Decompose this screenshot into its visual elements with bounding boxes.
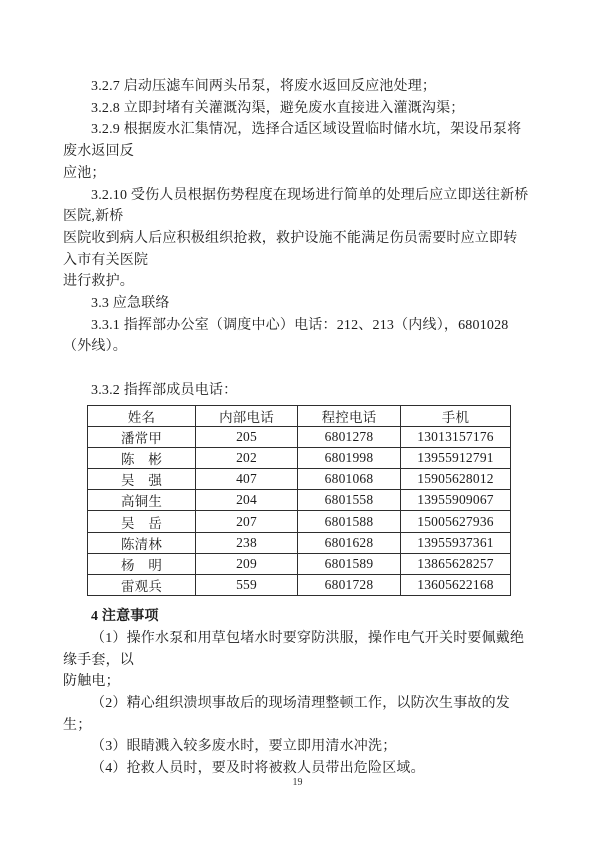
cell-switch: 6801278 (298, 426, 401, 447)
cell-internal: 407 (196, 469, 298, 490)
cell-switch: 6801998 (298, 447, 401, 468)
notice-item-3: （3）眼睛溅入较多废水时，要立即用清水冲洗； (63, 736, 530, 758)
page-number: 19 (0, 777, 595, 788)
cell-mobile: 15005627936 (401, 511, 511, 532)
cell-switch: 6801588 (298, 511, 401, 532)
cell-name: 吴 岳 (88, 511, 196, 532)
cell-name: 陈 彬 (88, 447, 196, 468)
cell-mobile: 15905628012 (401, 469, 511, 490)
cell-name: 潘常甲 (88, 426, 196, 447)
heading-3-3: 3.3 应急联络 (63, 293, 530, 315)
column-header-switch-phone: 程控电话 (298, 405, 401, 426)
cell-internal: 207 (196, 511, 298, 532)
table-row: 高铜生 204 6801558 13955909067 (88, 490, 511, 511)
cell-name: 陈清林 (88, 532, 196, 553)
cell-mobile: 13605622168 (401, 575, 511, 596)
table-row: 潘常甲 205 6801278 13013157176 (88, 426, 511, 447)
table-row: 杨 明 209 6801589 13865628257 (88, 553, 511, 574)
column-header-name: 姓名 (88, 405, 196, 426)
paragraph-3-3-2: 3.3.2 指挥部成员电话： (63, 380, 530, 402)
notice-item-1: （1）操作水泵和用草包堵水时要穿防洪服，操作电气开关时要佩戴绝缘手套，以 防触电… (63, 628, 530, 693)
phone-directory-table: 姓名 内部电话 程控电话 手机 潘常甲 205 6801278 13013157… (87, 405, 511, 597)
table-row: 吴 强 407 6801068 15905628012 (88, 469, 511, 490)
paragraph-3-2-8: 3.2.8 立即封堵有关灌溉沟渠，避免废水直接进入灌溉沟渠； (63, 98, 530, 120)
cell-name: 雷观兵 (88, 575, 196, 596)
table-row: 陈清林 238 6801628 13955937361 (88, 532, 511, 553)
document-page: 3.2.7 启动压滤车间两头吊泵，将废水返回反应池处理； 3.2.8 立即封堵有… (0, 0, 595, 842)
cell-switch: 6801728 (298, 575, 401, 596)
cell-internal: 209 (196, 553, 298, 574)
cell-mobile: 13955937361 (401, 532, 511, 553)
cell-internal: 205 (196, 426, 298, 447)
cell-name: 吴 强 (88, 469, 196, 490)
cell-switch: 6801068 (298, 469, 401, 490)
cell-internal: 202 (196, 447, 298, 468)
cell-switch: 6801558 (298, 490, 401, 511)
cell-mobile: 13955912791 (401, 447, 511, 468)
paragraph-3-3-1: 3.3.1 指挥部办公室（调度中心）电话：212、213（内线），6801028… (63, 315, 530, 358)
table-row: 吴 岳 207 6801588 15005627936 (88, 511, 511, 532)
cell-mobile: 13013157176 (401, 426, 511, 447)
cell-switch: 6801589 (298, 553, 401, 574)
column-header-internal-phone: 内部电话 (196, 405, 298, 426)
cell-mobile: 13955909067 (401, 490, 511, 511)
paragraph-3-2-7: 3.2.7 启动压滤车间两头吊泵，将废水返回反应池处理； (63, 76, 530, 98)
section-4-heading: 4 注意事项 (63, 606, 530, 628)
cell-name: 杨 明 (88, 553, 196, 574)
cell-internal: 238 (196, 532, 298, 553)
column-header-mobile: 手机 (401, 405, 511, 426)
cell-switch: 6801628 (298, 532, 401, 553)
table-header-row: 姓名 内部电话 程控电话 手机 (88, 405, 511, 426)
cell-name: 高铜生 (88, 490, 196, 511)
notice-item-2: （2）精心组织溃坝事故后的现场清理整顿工作，以防次生事故的发生； (63, 693, 530, 736)
cell-mobile: 13865628257 (401, 553, 511, 574)
paragraph-3-2-10: 3.2.10 受伤人员根据伤势程度在现场进行简单的处理后应立即送往新桥医院,新桥… (63, 185, 530, 294)
paragraph-3-2-9: 3.2.9 根据废水汇集情况，选择合适区域设置临时储水坑，架设吊泵将废水返回反 … (63, 119, 530, 184)
cell-internal: 559 (196, 575, 298, 596)
table-row: 雷观兵 559 6801728 13605622168 (88, 575, 511, 596)
cell-internal: 204 (196, 490, 298, 511)
table-row: 陈 彬 202 6801998 13955912791 (88, 447, 511, 468)
document-body: 3.2.7 启动压滤车间两头吊泵，将废水返回反应池处理； 3.2.8 立即封堵有… (63, 76, 530, 780)
